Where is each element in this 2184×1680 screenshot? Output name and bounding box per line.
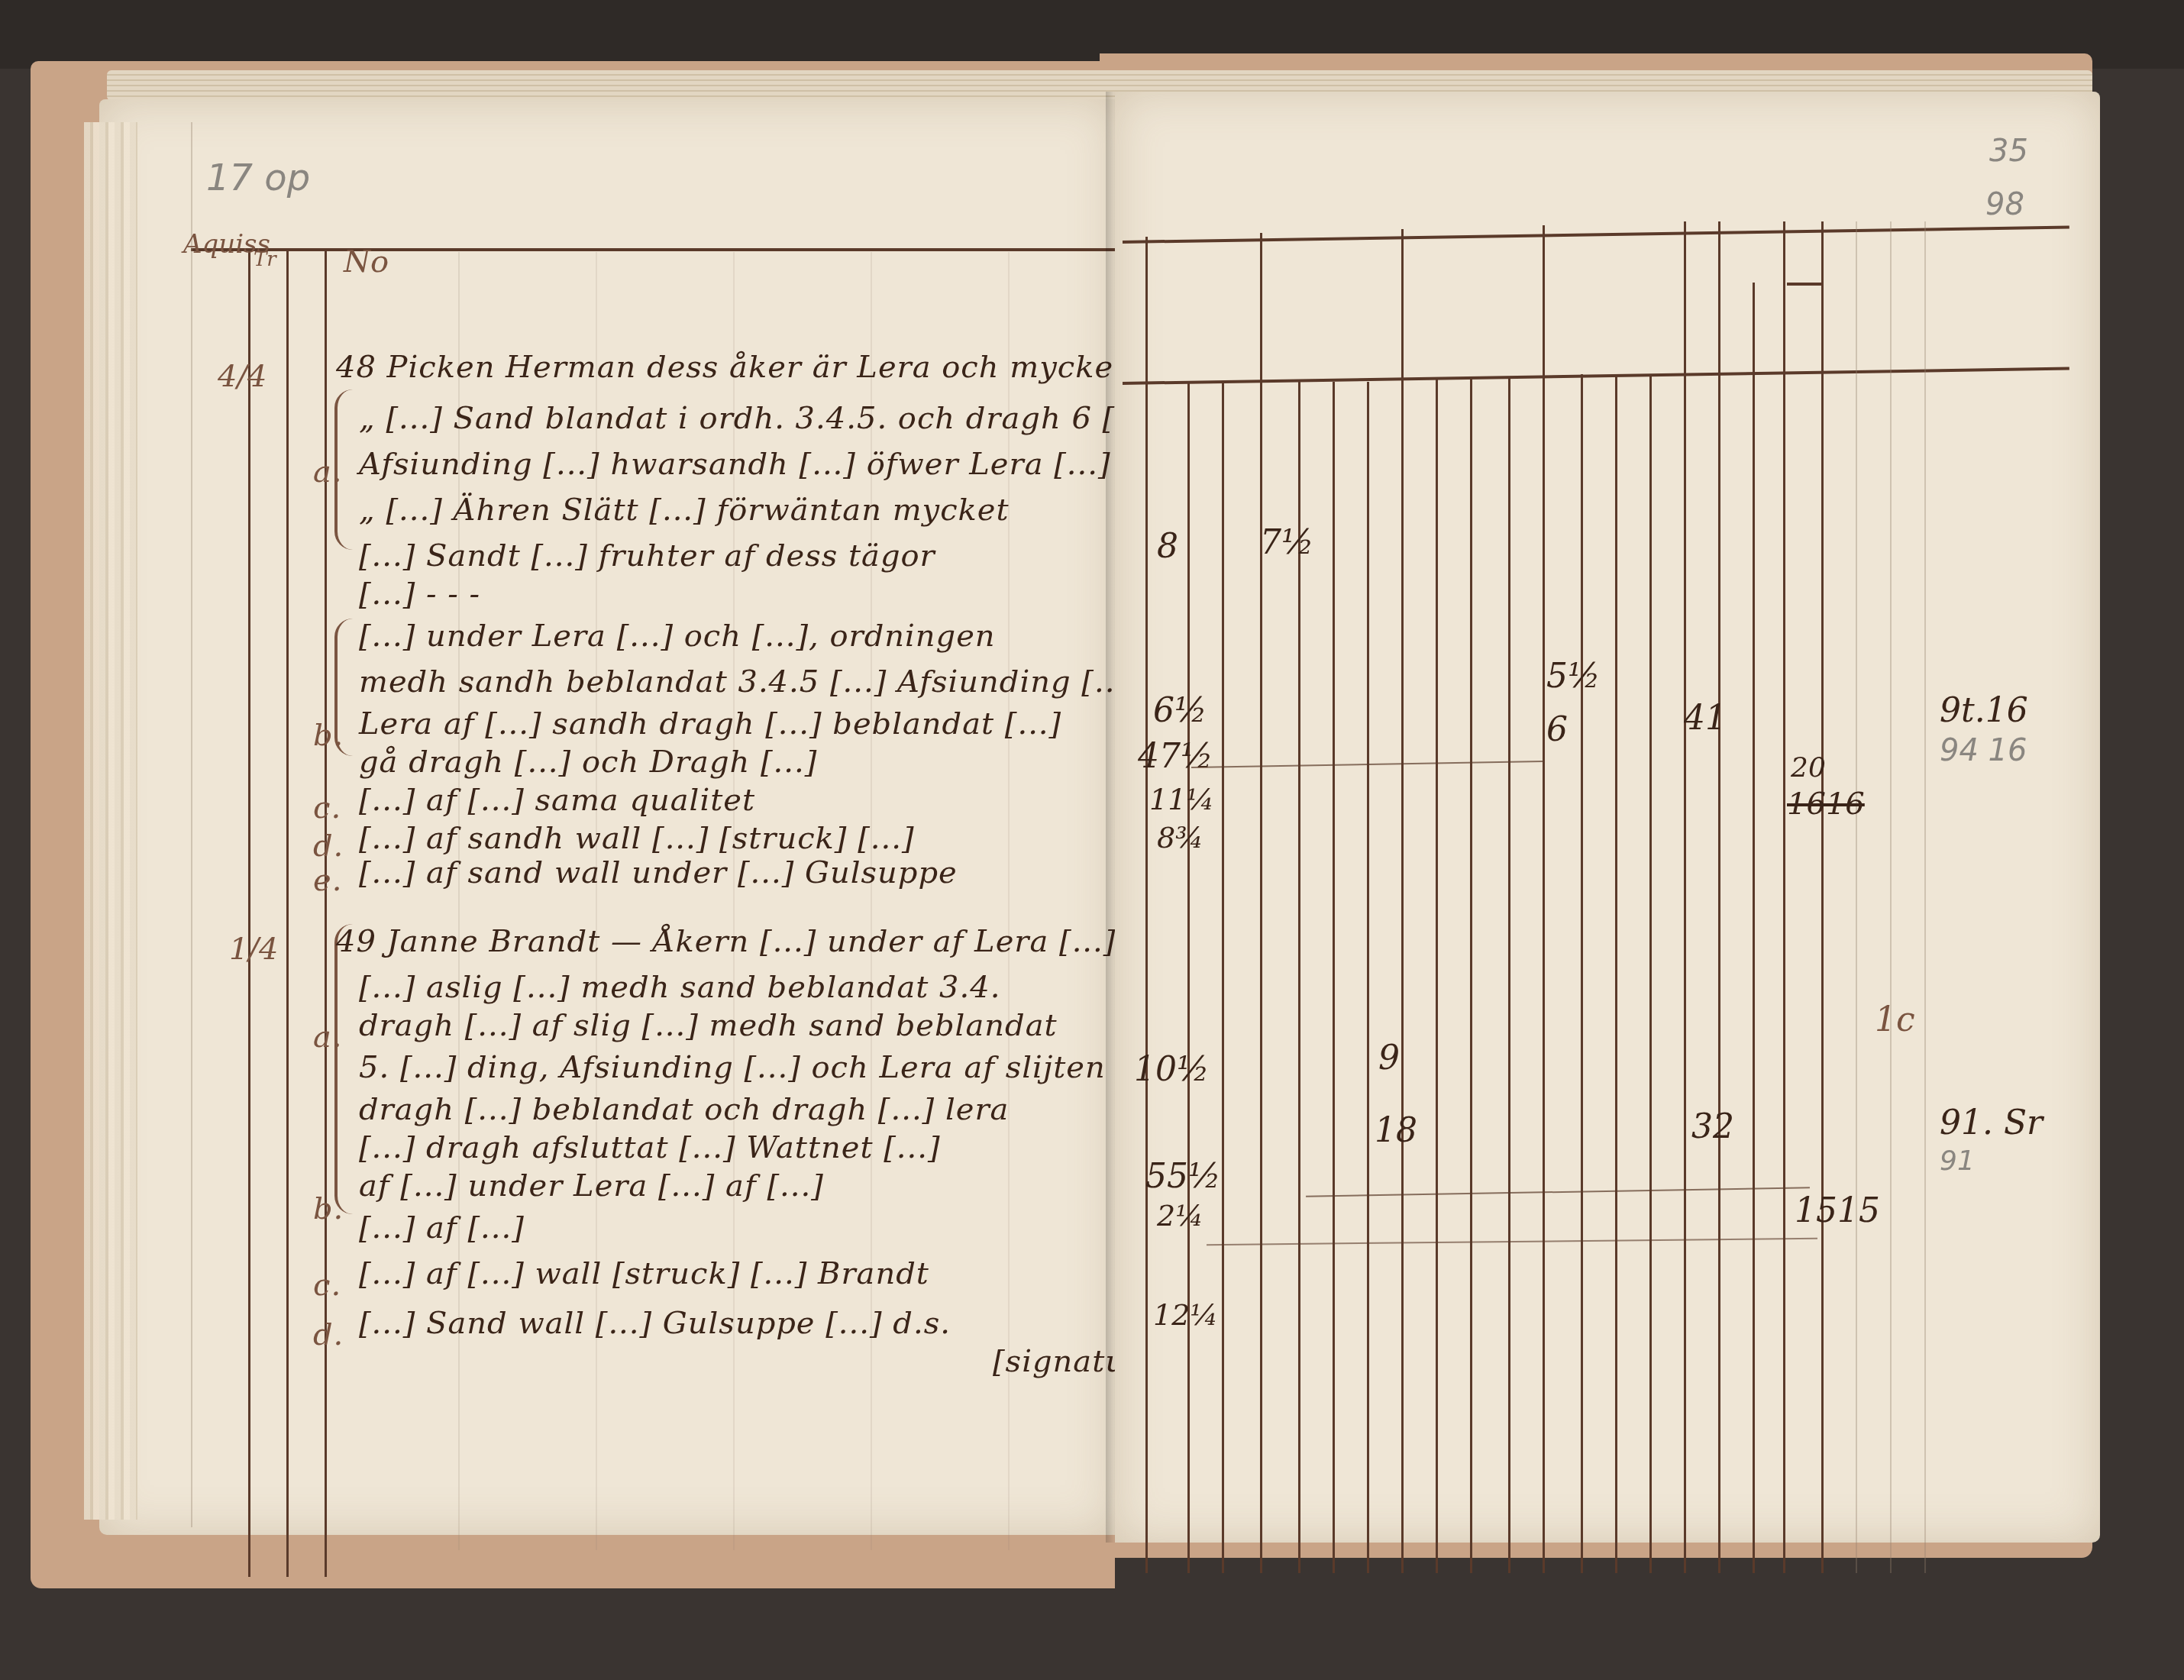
amount-col-rule xyxy=(1222,382,1224,1573)
amount-48b2-a: 47½ xyxy=(1138,737,1213,776)
entry-48-line-7: [...] under Lera [...] och [...], ordnin… xyxy=(359,619,996,654)
entry-49-line-7: af [...] under Lera [...] af [...] xyxy=(359,1168,824,1203)
right-page xyxy=(1115,92,2100,1543)
amount-col-rule xyxy=(1145,237,1148,1573)
entry-49-label-b: b. xyxy=(313,1191,344,1226)
amount-col-rule xyxy=(1615,374,1617,1573)
amount-col-rule xyxy=(1470,378,1472,1573)
pencil-folio-top: 35 xyxy=(1989,134,2028,169)
amount-48b2-g: 41 xyxy=(1684,699,1727,738)
amount-48c-a: 11¼ xyxy=(1149,783,1214,816)
faint-rule xyxy=(1924,221,1926,1573)
entry-49-line-5: dragh [...] beblandat och dragh [...] le… xyxy=(359,1092,1009,1127)
brace-49a xyxy=(334,924,353,1214)
entry-49-line-3: dragh [...] af slig [...] medh sand bebl… xyxy=(359,1008,1058,1043)
amount-48-a: 8 xyxy=(1157,527,1178,566)
amount-49a2-margin: 91. Sr xyxy=(1940,1103,2043,1142)
amount-48b2-i: 20 xyxy=(1791,752,1826,783)
amount-col-rule xyxy=(1187,382,1190,1573)
amount-48b-e: 5½ xyxy=(1546,657,1601,696)
column-rule-3 xyxy=(325,248,327,1577)
faint-rule xyxy=(191,122,192,1527)
header-col-2: Tr xyxy=(254,248,276,271)
entry-49-label-c: c. xyxy=(313,1268,341,1303)
entry-49-line-8: [...] af [...] xyxy=(359,1210,525,1245)
amount-col-rule xyxy=(1436,378,1438,1573)
amount-col-rule xyxy=(1753,283,1755,1573)
column-rule-1 xyxy=(248,248,250,1577)
entry-49-fraction: 1/4 xyxy=(229,932,278,967)
entry-48-line-5: [...] Sandt [...] fruhter af dess tägor xyxy=(359,538,935,573)
amount-49a-a: 10½ xyxy=(1134,1050,1210,1089)
entry-49-line-1: 49 Janne Brandt — Åkern [...] under af L… xyxy=(336,924,1116,959)
header-rule xyxy=(191,248,1115,251)
header-box-rule xyxy=(1787,283,1821,286)
entry-48-fraction: 4/4 xyxy=(218,359,267,394)
amount-col-rule xyxy=(1508,378,1510,1573)
faint-rule xyxy=(1890,221,1892,1573)
entry-48-line-6: [...] - - - xyxy=(359,577,480,612)
amount-49b2-a: 2¼ xyxy=(1157,1199,1203,1233)
amount-col-rule xyxy=(1783,221,1785,1573)
amount-49a2-margin-pencil: 91 xyxy=(1940,1145,1975,1177)
amount-48b2-i-struck: 1616 xyxy=(1787,787,1865,822)
amount-col-rule xyxy=(1684,221,1686,1573)
amount-col-rule xyxy=(1649,374,1652,1573)
faint-rule xyxy=(1856,221,1857,1573)
amount-48b-a: 6½ xyxy=(1153,691,1207,730)
torn-page-edges xyxy=(84,122,137,1520)
amount-49a2-g: 32 xyxy=(1691,1107,1734,1146)
amount-col-rule xyxy=(1718,221,1720,1573)
amount-col-rule xyxy=(1581,374,1583,1573)
amount-col-rule xyxy=(1367,382,1369,1573)
amount-49a2-e: 18 xyxy=(1375,1111,1417,1150)
entry-49-line-10: [...] Sand wall [...] Gulsuppe [...] d.s… xyxy=(359,1306,951,1341)
entry-48-line-9: Lera af [...] sandh dragh [...] beblanda… xyxy=(359,706,1061,741)
amount-48b2-margin: 9t.16 xyxy=(1940,691,2028,730)
entry-49-line-2: [...] aslig [...] medh sand beblandat 3.… xyxy=(359,970,1000,1005)
entry-49-label-d: d. xyxy=(313,1317,344,1352)
entry-48-label-b: b. xyxy=(313,718,344,753)
amount-49b2-i: 1515 xyxy=(1795,1191,1880,1230)
amount-48b2-margin-pencil: 94 16 xyxy=(1940,733,2027,768)
amount-col-rule xyxy=(1543,225,1545,1573)
amount-col-rule xyxy=(1333,382,1335,1573)
entry-49-line-9: [...] af [...] wall [struck] [...] Brand… xyxy=(359,1256,929,1291)
entry-48-line-12: [...] af sandh wall [...] [struck] [...] xyxy=(359,821,915,856)
pencil-folio-left: 17 op xyxy=(206,157,310,199)
entry-49-line-4: 5. [...] ding, Afsiunding [...] och Lera… xyxy=(359,1050,1106,1085)
entry-48-line-13: [...] af sand wall under [...] Gulsuppe xyxy=(359,855,958,890)
entry-48-line-8: medh sandh beblandat 3.4.5 [...] Afsiund… xyxy=(359,664,1224,699)
amount-col-rule xyxy=(1821,221,1824,1573)
entry-49-line-6: [...] dragh afsluttat [...] Wattnet [...… xyxy=(359,1130,941,1165)
amount-48d-a: 8¾ xyxy=(1157,821,1203,855)
entry-48-line-1: 48 Picken Herman dess åker är Lera och m… xyxy=(336,350,1194,385)
entry-48-line-3: Afsiunding [...] hwarsandh [...] öfwer L… xyxy=(359,447,1111,482)
header-col-3: No xyxy=(344,244,389,279)
entry-48-line-11: [...] af [...] sama qualitet xyxy=(359,783,755,818)
entry-48-label-d: d. xyxy=(313,829,344,864)
entry-48-label-e: e. xyxy=(313,863,342,898)
entry-48-line-10: gå dragh [...] och Dragh [...] xyxy=(359,745,817,780)
amount-48b2-e: 6 xyxy=(1546,710,1568,749)
entry-49-label-a: a. xyxy=(313,1019,343,1055)
amount-col-rule xyxy=(1401,229,1404,1573)
entry-48-label-a: a. xyxy=(313,454,343,489)
column-rule-2 xyxy=(286,248,289,1577)
amount-col-rule xyxy=(1260,233,1262,1573)
amount-48-b: 7½ xyxy=(1260,523,1314,562)
entry-48-label-c: c. xyxy=(313,790,341,825)
entry-48-line-4: „ [...] Ähren Slätt [...] förwäntan myck… xyxy=(359,493,1010,528)
amount-49d-a: 12¼ xyxy=(1153,1298,1218,1332)
amount-49a-e: 9 xyxy=(1378,1039,1400,1077)
amount-49b-a: 55½ xyxy=(1145,1157,1221,1196)
pencil-folio-bottom: 98 xyxy=(1985,187,2024,222)
margin-mark: 1c xyxy=(1875,1000,1915,1039)
